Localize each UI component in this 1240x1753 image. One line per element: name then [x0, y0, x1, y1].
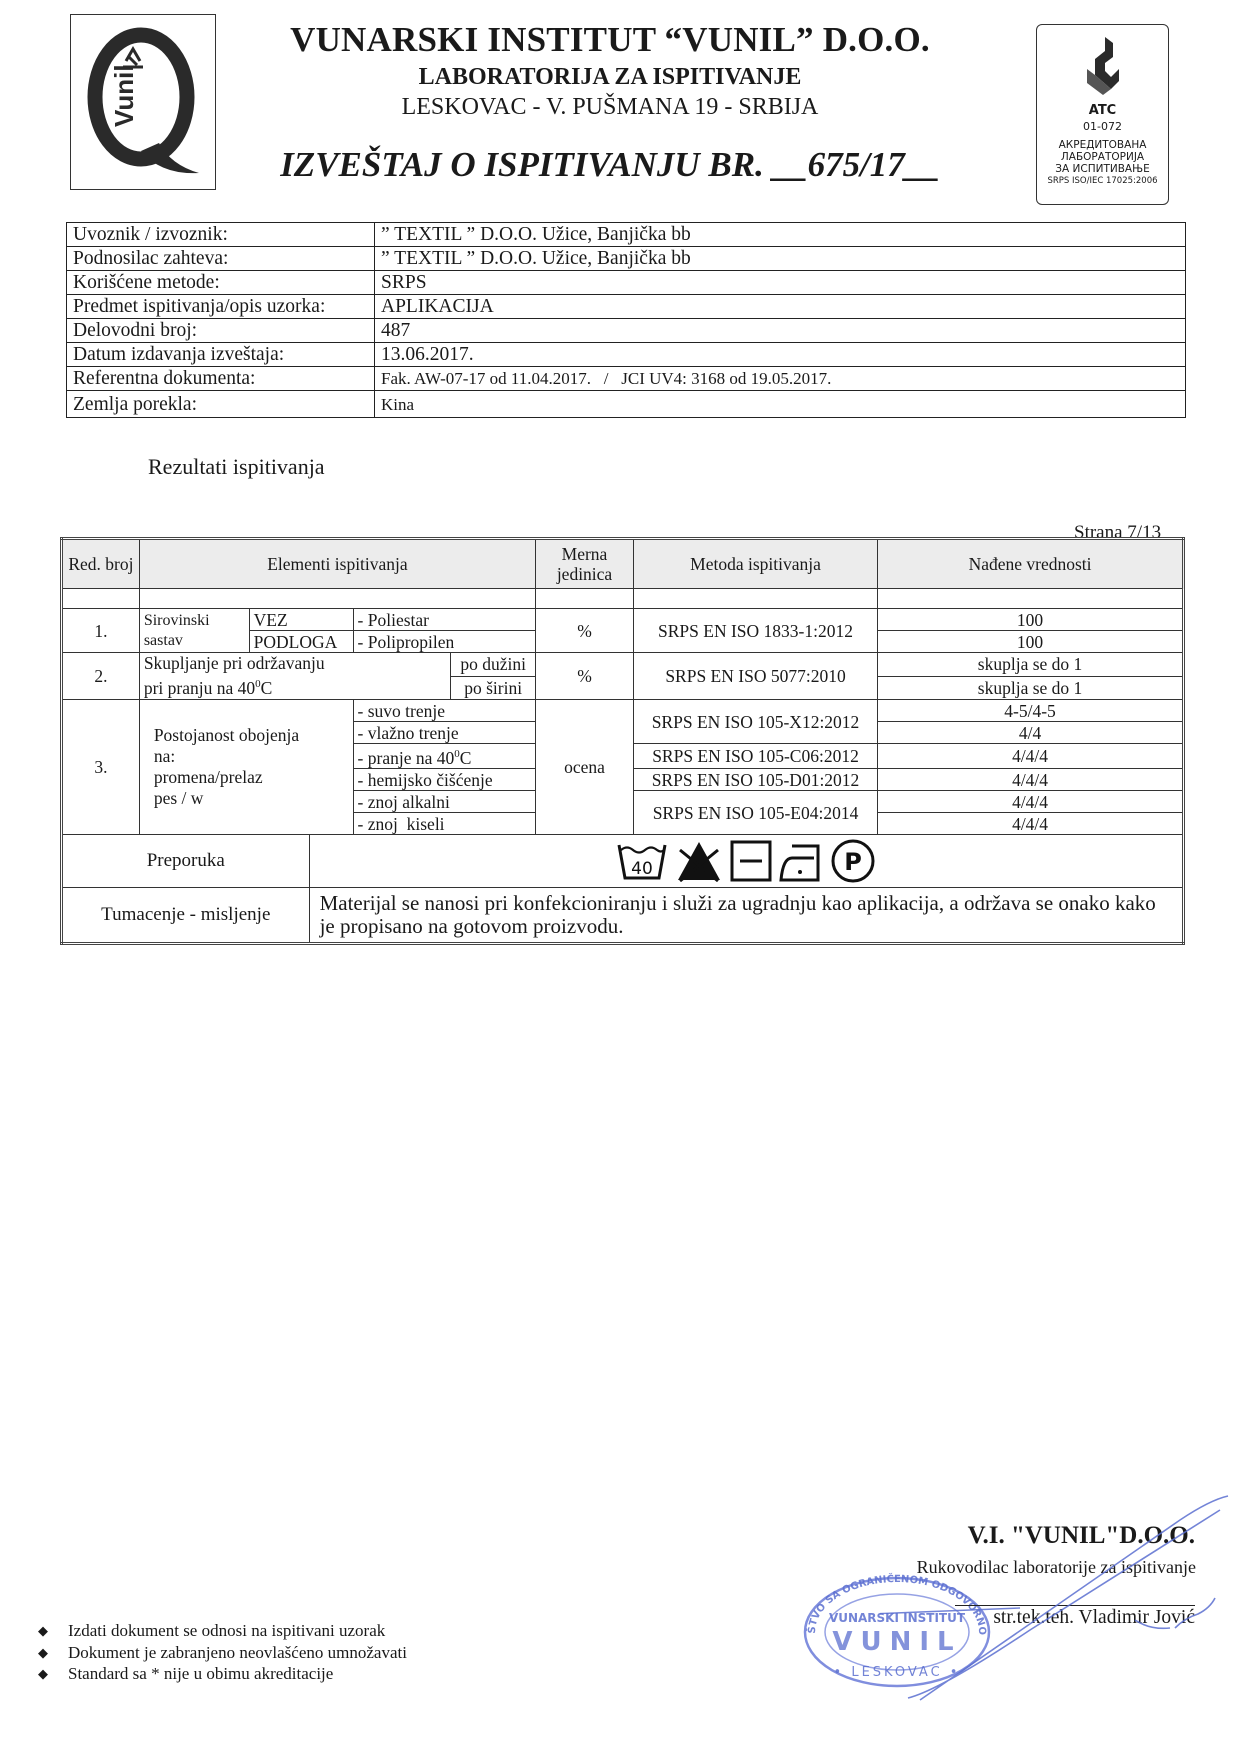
unit-cell: %: [536, 609, 634, 653]
info-row: Zemlja porekla:Kina: [67, 391, 1186, 418]
note-text: Dokument je zabranjeno neovlašćeno umnož…: [68, 1642, 407, 1664]
vunil-logo: Vunil: [70, 14, 216, 190]
info-label: Delovodni broj:: [67, 319, 375, 343]
note-item: ◆Dokument je zabranjeno neovlašćeno umno…: [38, 1642, 407, 1664]
info-value: 13.06.2017.: [375, 343, 1186, 367]
accreditation-badge: ATC 01-072 АКРЕДИТОВАНА ЛАБОРАТОРИЈА ЗА …: [1036, 24, 1169, 205]
info-row: Delovodni broj:487: [67, 319, 1186, 343]
info-row: Korišćene metode:SRPS: [67, 271, 1186, 295]
note-item: ◆Izdati dokument se odnosi na ispitivani…: [38, 1620, 407, 1642]
test-name: - znoj kiseli: [353, 813, 536, 835]
test-name: - hemijsko čišćenje: [353, 769, 536, 791]
method-cell: SRPS EN ISO 105-E04:2014: [633, 791, 877, 835]
value-cell: 4/4/4: [878, 813, 1184, 835]
dry-flat-icon: [730, 840, 772, 882]
info-row: Podnosilac zahteva:” TEXTIL ” D.O.O. Uži…: [67, 247, 1186, 271]
info-value: Kina: [375, 391, 1186, 418]
info-value: ” TEXTIL ” D.O.O. Užice, Banjička bb: [375, 247, 1186, 271]
info-label: Predmet ispitivanja/opis uzorka:: [67, 295, 375, 319]
svg-text:Vunil: Vunil: [109, 64, 139, 127]
value-cell: 4/4/4: [878, 791, 1184, 813]
institute-address: LESKOVAC - V. PUŠMANA 19 - SRBIJA: [230, 94, 990, 121]
atc-number: 01-072: [1037, 120, 1168, 133]
do-not-bleach-icon: [674, 840, 724, 882]
report-info-table: Uvoznik / izvoznik:” TEXTIL ” D.O.O. Uži…: [66, 222, 1186, 418]
method-cell: SRPS EN ISO 105-X12:2012: [633, 700, 877, 744]
value-cell: 4-5/4-5: [878, 700, 1184, 722]
svg-text:40: 40: [631, 859, 653, 879]
label-line: na:: [154, 746, 175, 766]
row-number: 3.: [62, 700, 140, 835]
colorfastness-label: Postojanost obojenja na: promena/prelaz …: [139, 700, 353, 835]
empty-cell: [878, 589, 1184, 609]
method-cell: SRPS EN ISO 5077:2010: [633, 653, 877, 700]
iron-low-heat-icon: [778, 840, 824, 882]
method-cell: SRPS EN ISO 1833-1:2012: [633, 609, 877, 653]
atc-standard: SRPS ISO/IEC 17025:2006: [1037, 175, 1168, 187]
shrinkage-label-line2: pri pranju na 40: [144, 678, 255, 698]
shrinkage-label-line1: Skupljanje pri održavanju: [144, 653, 325, 673]
empty-cell: [536, 589, 634, 609]
method-cell: SRPS EN ISO 105-C06:2012: [633, 744, 877, 769]
bullet-diamond-icon: ◆: [38, 1663, 48, 1685]
column-header-no: Red. broj: [62, 539, 140, 589]
note-item: ◆Standard sa * nije u obimu akreditacije: [38, 1663, 407, 1685]
value-cell: skuplja se do 1: [878, 676, 1184, 700]
info-label: Podnosilac zahteva:: [67, 247, 375, 271]
table-row: 2. Skupljanje pri održavanju pri pranju …: [62, 653, 1184, 677]
dry-clean-p-icon: P: [830, 838, 876, 884]
part-name: PODLOGA: [249, 631, 353, 653]
test-name: - vlažno trenje: [353, 722, 536, 744]
value-cell: 4/4/4: [878, 744, 1184, 769]
institute-name: VUNARSKI INSTITUT “VUNIL” D.O.O.: [230, 20, 990, 60]
atc-line-3: ЗА ИСПИТИВАЊЕ: [1037, 163, 1168, 175]
degree-unit: C: [460, 748, 472, 768]
opinion-text: Materijal se nanosi pri konfekcioniranju…: [309, 888, 1183, 944]
method-cell: SRPS EN ISO 105-D01:2012: [633, 769, 877, 791]
report-title: IZVEŠTAJ O ISPITIVANJU BR. __675/17__: [230, 145, 990, 185]
direction-cell: po dužini: [451, 653, 536, 677]
shrinkage-label: Skupljanje pri održavanju pri pranju na …: [139, 653, 450, 700]
info-label: Uvoznik / izvoznik:: [67, 223, 375, 247]
empty-cell: [139, 589, 535, 609]
atc-line-2: ЛАБОРАТОРИЈА: [1037, 151, 1168, 163]
label-line: pes / w: [154, 788, 204, 808]
table-header-row: Red. broj Elementi ispitivanja Merna jed…: [62, 539, 1184, 589]
column-header-unit: Merna jedinica: [536, 539, 634, 589]
row-number: 2.: [62, 653, 140, 700]
value-cell: 100: [878, 609, 1184, 631]
footer-notes: ◆Izdati dokument se odnosi na ispitivani…: [38, 1620, 407, 1685]
note-text: Izdati dokument se odnosi na ispitivani …: [68, 1620, 385, 1642]
handwritten-signature-icon: [880, 1490, 1240, 1710]
info-row: Uvoznik / izvoznik:” TEXTIL ” D.O.O. Uži…: [67, 223, 1186, 247]
column-header-values: Nađene vrednosti: [878, 539, 1184, 589]
note-text: Standard sa * nije u obimu akreditacije: [68, 1663, 333, 1685]
info-label: Datum izdavanja izveštaja:: [67, 343, 375, 367]
empty-cell: [62, 589, 140, 609]
info-row: Referentna dokumenta:Fak. AW-07-17 od 11…: [67, 367, 1186, 391]
atc-code: ATC: [1037, 103, 1168, 118]
recommendation-label: Preporuka: [62, 835, 310, 888]
laboratory-name: LABORATORIJA ZA ISPITIVANJE: [230, 64, 990, 91]
atc-line-1: АКРЕДИТОВАНА: [1037, 139, 1168, 151]
results-heading: Rezultati ispitivanja: [148, 454, 325, 480]
info-value: ” TEXTIL ” D.O.O. Užice, Banjička bb: [375, 223, 1186, 247]
value-cell: 4/4/4: [878, 769, 1184, 791]
svg-text:P: P: [844, 848, 862, 876]
label-line: promena/prelaz: [154, 767, 263, 787]
empty-cell: [633, 589, 877, 609]
degree-unit: C: [261, 678, 273, 698]
bullet-diamond-icon: ◆: [38, 1620, 48, 1642]
test-name: - znoj alkalni: [353, 791, 536, 813]
value-cell: 4/4: [878, 722, 1184, 744]
vunil-q-logo-icon: Vunil: [71, 15, 217, 191]
test-text: - pranje na 40: [358, 748, 455, 768]
results-table: Red. broj Elementi ispitivanja Merna jed…: [60, 537, 1185, 945]
info-value: APLIKACIJA: [375, 295, 1186, 319]
value-cell: 100: [878, 631, 1184, 653]
opinion-row: Tumacenje - misljenje Materijal se nanos…: [62, 888, 1184, 944]
test-name: - suvo trenje: [353, 700, 536, 722]
direction-cell: po širini: [451, 676, 536, 700]
spacer-row: [62, 589, 1184, 609]
info-label: Referentna dokumenta:: [67, 367, 375, 391]
opinion-label: Tumacenje - misljenje: [62, 888, 310, 944]
info-value: Fak. AW-07-17 od 11.04.2017. / JCI UV4: …: [375, 367, 1186, 391]
value-cell: skuplja se do 1: [878, 653, 1184, 677]
recommendation-row: Preporuka 40: [62, 835, 1184, 888]
row-number: 1.: [62, 609, 140, 653]
test-name: - pranje na 400C: [353, 744, 536, 769]
wash-40-icon: 40: [616, 841, 668, 881]
info-row: Predmet ispitivanja/opis uzorka:APLIKACI…: [67, 295, 1186, 319]
column-header-method: Metoda ispitivanja: [633, 539, 877, 589]
unit-cell: ocena: [536, 700, 634, 835]
info-label: Korišćene metode:: [67, 271, 375, 295]
table-row: 1. Sirovinski sastav VEZ - Poliestar % S…: [62, 609, 1184, 631]
info-value: SRPS: [375, 271, 1186, 295]
info-label: Zemlja porekla:: [67, 391, 375, 418]
info-row: Datum izdavanja izveštaja:13.06.2017.: [67, 343, 1186, 367]
unit-cell: %: [536, 653, 634, 700]
material-name: - Polipropilen: [353, 631, 536, 653]
care-symbols-cell: 40 P: [309, 835, 1183, 888]
part-name: VEZ: [249, 609, 353, 631]
label-line: Postojanost obojenja: [154, 725, 299, 745]
care-symbols: 40 P: [314, 835, 1178, 887]
atc-accreditation-icon: [1083, 35, 1123, 95]
info-value: 487: [375, 319, 1186, 343]
material-name: - Poliestar: [353, 609, 536, 631]
column-header-elements: Elementi ispitivanja: [139, 539, 535, 589]
composition-label: Sirovinski sastav: [139, 609, 249, 653]
table-row: 3. Postojanost obojenja na: promena/prel…: [62, 700, 1184, 722]
bullet-diamond-icon: ◆: [38, 1642, 48, 1664]
